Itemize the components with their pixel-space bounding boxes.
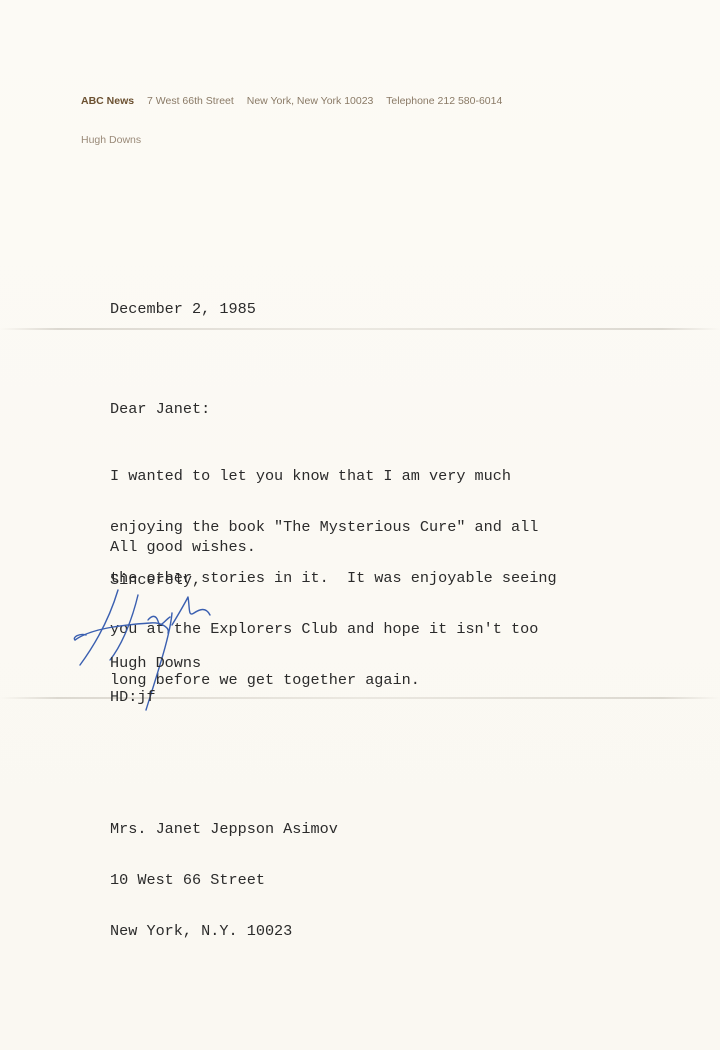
signature-icon <box>60 585 260 720</box>
body-line: enjoying the book "The Mysterious Cure" … <box>110 519 557 536</box>
letterhead-telephone: Telephone 212 580-6014 <box>386 95 502 107</box>
address-line: Mrs. Janet Jeppson Asimov <box>110 821 338 838</box>
letterhead-brand: ABC News <box>81 95 134 107</box>
address-line: New York, N.Y. 10023 <box>110 923 338 940</box>
typist-initials: HD:jf <box>110 689 156 706</box>
address-line: 10 West 66 Street <box>110 872 338 889</box>
body-line: I wanted to let you know that I am very … <box>110 468 557 485</box>
letterhead: ABC News 7 West 66th Street New York, Ne… <box>81 95 512 107</box>
letter-date: December 2, 1985 <box>110 301 256 318</box>
fold-line <box>0 328 720 330</box>
letterhead-sender: Hugh Downs <box>81 134 141 146</box>
closing: All good wishes. <box>110 539 256 556</box>
letterhead-city: New York, New York 10023 <box>247 95 374 107</box>
letterhead-street: 7 West 66th Street <box>147 95 234 107</box>
recipient-address: Mrs. Janet Jeppson Asimov 10 West 66 Str… <box>110 787 338 974</box>
signer-name: Hugh Downs <box>110 655 201 672</box>
salutation: Dear Janet: <box>110 401 210 418</box>
letter-page: ABC News 7 West 66th Street New York, Ne… <box>0 0 720 1050</box>
